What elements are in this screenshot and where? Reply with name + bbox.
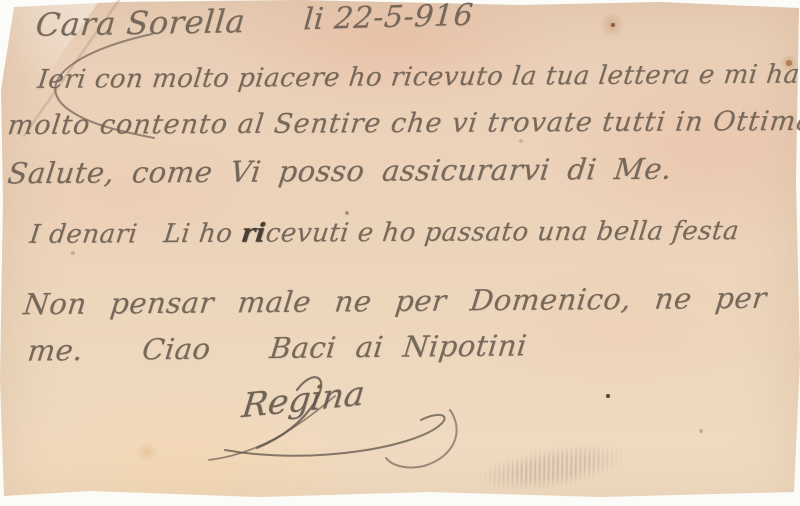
line-part: I denari Li ho <box>28 219 243 250</box>
handwriting-line: I denari Li ho ricevuti e ho passato una… <box>28 216 741 250</box>
signature: Regina <box>185 372 485 467</box>
line-part: cevuti e ho passato una bella festa <box>264 216 741 248</box>
greeting-text: Cara Sorella <box>34 2 247 44</box>
handwriting-line: Ieri con molto piacere ho ricevuto la tu… <box>36 59 800 95</box>
handwriting-line: Salute, come Vi posso assicurarvi di Me. <box>6 152 674 191</box>
date-text: li 22-5-916 <box>302 0 474 37</box>
handwriting-line: me. Ciao Baci ai Nipotini <box>26 328 529 367</box>
handwriting-line: Non pensar male ne per Domenico, ne per <box>22 281 769 321</box>
paper-specks <box>0 0 2 2</box>
handwriting-line: molto contento al Sentire che vi trovate… <box>6 106 800 141</box>
overwritten-correction: ri <box>240 219 268 249</box>
